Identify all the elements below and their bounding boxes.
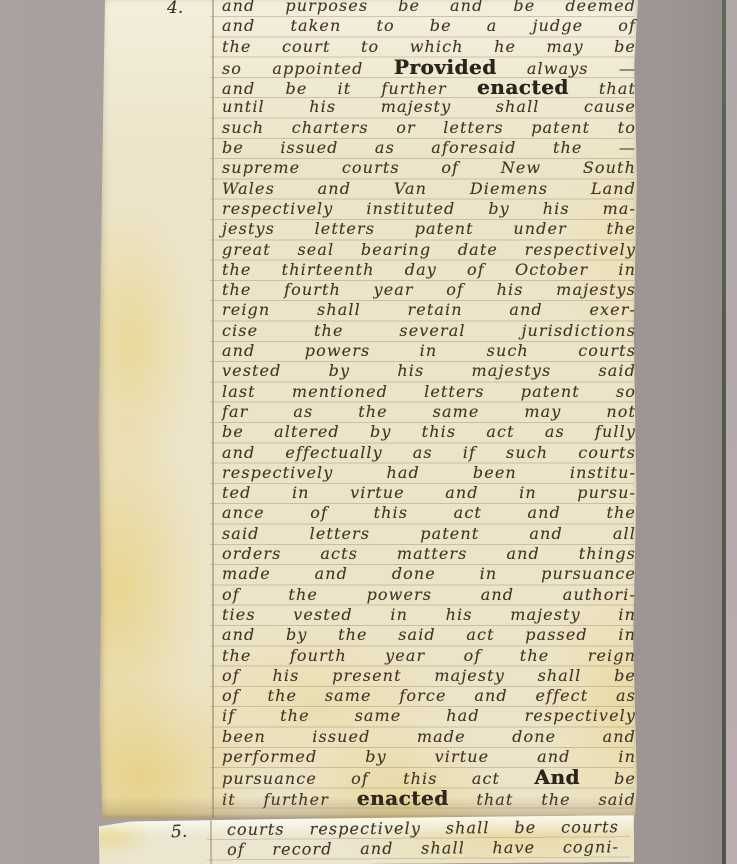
script-text: the court to which he may be (222, 37, 636, 56)
script-text: respectively had been institu- (222, 463, 636, 482)
manuscript-page: and purposes be and be deemedand taken t… (98, 0, 638, 818)
manuscript-line: of the same force and effect as (222, 686, 636, 706)
manuscript-line: be altered by this act as fully (222, 422, 636, 442)
margin-rule-line (212, 0, 214, 818)
manuscript-line: the court to which he may be (222, 37, 636, 57)
manuscript-line: and by the said act passed in (222, 625, 636, 645)
script-text: be issued as aforesaid the — (222, 138, 636, 157)
script-text: cise the several jurisdictions (222, 321, 636, 340)
manuscript-line: orders acts matters and things (222, 544, 636, 564)
manuscript-line: of the powers and authori- (222, 585, 636, 605)
manuscript-line: and purposes be and be deemed (222, 0, 636, 16)
script-text: of his present majesty shall be (222, 666, 636, 685)
manuscript-line: and taken to be a judge of (222, 16, 636, 36)
manuscript-line: until his majesty shall cause (222, 97, 636, 117)
script-text: the fourth year of his majestys (222, 280, 636, 299)
manuscript-line: ted in virtue and in pursu- (222, 483, 636, 503)
script-text: that (569, 79, 636, 98)
script-text: and taken to be a judge of (222, 16, 636, 35)
script-text: and be it further (222, 79, 477, 98)
manuscript-line: made and done in pursuance (222, 564, 636, 584)
manuscript-line: if the same had respectively (222, 706, 636, 726)
manuscript-line: pursuance of this act And be (222, 767, 636, 787)
script-text: reign shall retain and exer- (222, 300, 636, 319)
script-text: such charters or letters patent to (222, 118, 636, 137)
script-text: last mentioned letters patent so (222, 382, 636, 401)
photograph-of-manuscript: and purposes be and be deemedand taken t… (0, 0, 737, 864)
script-text: Wales and Van Diemens Land (222, 179, 636, 198)
manuscript-line: Wales and Van Diemens Land (222, 179, 636, 199)
manuscript-line: great seal bearing date respectively (222, 240, 636, 260)
script-text: of the same force and effect as (222, 686, 636, 705)
script-text: ance of this act and the (222, 503, 636, 522)
manuscript-line: so appointed Provided always — (222, 57, 636, 77)
manuscript-line: reign shall retain and exer- (222, 300, 636, 320)
manuscript-line: far as the same may not (222, 402, 636, 422)
manuscript-line: and be it further enacted that (222, 77, 636, 97)
manuscript-line: respectively had been institu- (222, 463, 636, 483)
script-text: great seal bearing date respectively (222, 240, 636, 259)
manuscript-line: such charters or letters patent to (222, 118, 636, 138)
engrossed-word: enacted (477, 75, 569, 99)
script-text: supreme courts of New South (222, 158, 636, 177)
script-text: said letters patent and all (222, 524, 636, 543)
manuscript-line: the fourth year of his majestys (222, 280, 636, 300)
script-text: and powers in such courts (222, 341, 636, 360)
manuscript-line: respectively instituted by his ma- (222, 199, 636, 219)
margin-rule-line-lower (210, 818, 212, 864)
manuscript-line: be issued as aforesaid the — (222, 138, 636, 158)
script-text: far as the same may not (222, 402, 636, 421)
script-text: ted in virtue and in pursu- (222, 483, 636, 502)
manuscript-line: ance of this act and the (222, 503, 636, 523)
script-text: if the same had respectively (222, 706, 636, 725)
manuscript-line: of record and shall have cogni- (227, 838, 619, 861)
manuscript-line: of his present majesty shall be (222, 666, 636, 686)
glass-edge-line (722, 0, 726, 864)
script-text: until his majesty shall cause (222, 97, 636, 116)
script-text: performed by virtue and in (222, 747, 636, 766)
manuscript-line: and powers in such courts (222, 341, 636, 361)
section-number-4: 4. (167, 0, 183, 18)
manuscript-line: the thirteenth day of October in (222, 260, 636, 280)
script-text: been issued made done and (222, 727, 636, 746)
manuscript-line: jestys letters patent under the (222, 219, 636, 239)
script-text: and by the said act passed in (222, 625, 636, 644)
script-text: vested by his majestys said (222, 361, 636, 380)
manuscript-line: vested by his majestys said (222, 361, 636, 381)
manuscript-line: and effectually as if such courts (222, 443, 636, 463)
script-text: the thirteenth day of October in (222, 260, 636, 279)
script-text: and effectually as if such courts (222, 443, 636, 462)
script-text: the fourth year of the reign (222, 646, 636, 665)
script-text: so appointed (222, 59, 394, 78)
script-text: jestys letters patent under the (222, 219, 636, 238)
manuscript-line: the fourth year of the reign (222, 646, 636, 666)
script-text: orders acts matters and things (222, 544, 636, 563)
manuscript-line: courts respectively shall be courts (227, 817, 619, 840)
script-text: respectively instituted by his ma- (222, 199, 636, 218)
section-number-5: 5. (170, 822, 187, 843)
script-text: courts respectively shall be courts (227, 817, 619, 839)
script-text: and purposes be and be deemed (222, 0, 636, 15)
script-text: of the powers and authori- (222, 585, 636, 604)
script-text: be altered by this act as fully (222, 422, 636, 441)
manuscript-line: said letters patent and all (222, 524, 636, 544)
script-text: be (580, 769, 636, 788)
manuscript-line: been issued made done and (222, 727, 636, 747)
engrossed-word: And (534, 765, 580, 789)
script-text: made and done in pursuance (222, 564, 636, 583)
manuscript-line: last mentioned letters patent so (222, 382, 636, 402)
manuscript-line: ties vested in his majesty in (222, 605, 636, 625)
manuscript-line: performed by virtue and in (222, 747, 636, 767)
manuscript-line: cise the several jurisdictions (222, 321, 636, 341)
manuscript-line: supreme courts of New South (222, 158, 636, 178)
manuscript-text-block: and purposes be and be deemedand taken t… (222, 0, 636, 808)
script-text: of record and shall have cogni- (227, 838, 619, 860)
fold-crease (98, 796, 638, 818)
manuscript-text-block-lower: courts respectively shall be courtsof re… (227, 817, 619, 860)
script-text: ties vested in his majesty in (222, 605, 636, 624)
